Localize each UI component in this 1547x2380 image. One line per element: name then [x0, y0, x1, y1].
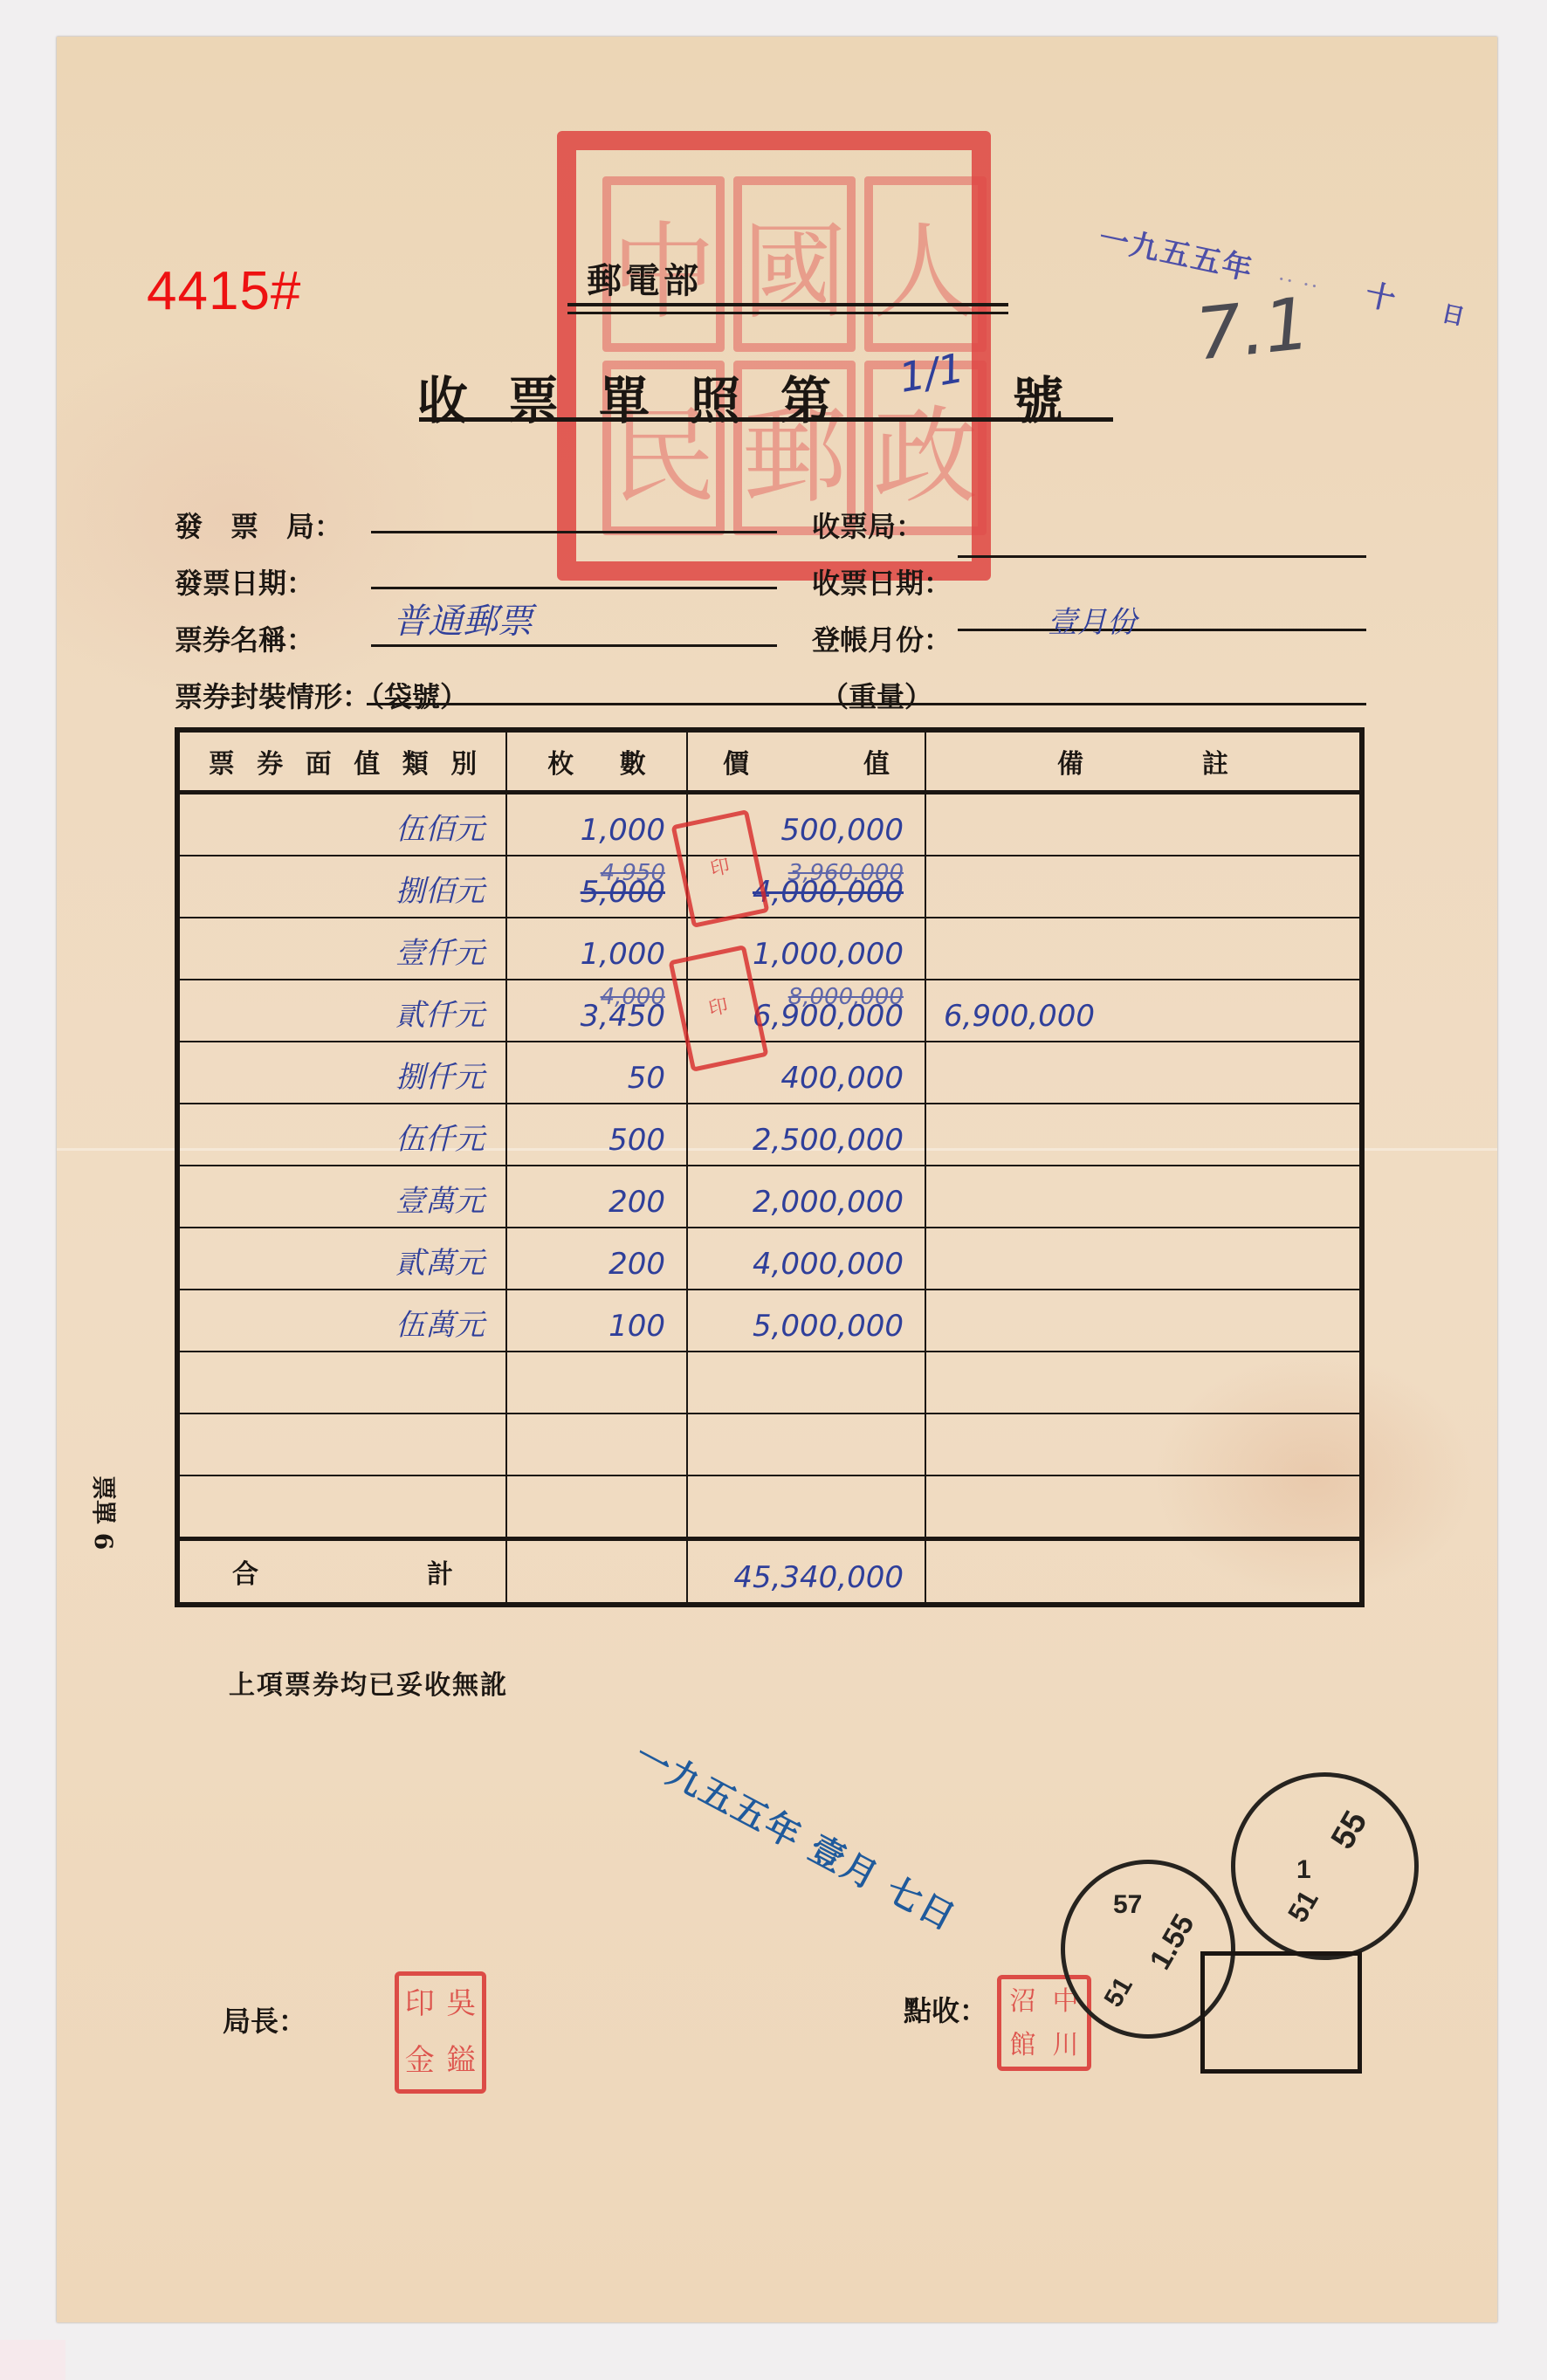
- cell-remarks: [925, 1228, 1360, 1290]
- table-row: 伍萬元1005,000,000: [179, 1290, 1360, 1352]
- cell-denomination: 伍萬元: [179, 1290, 506, 1352]
- handwritten-value: 50: [628, 1061, 665, 1096]
- cell-count: 4,0003,450: [506, 980, 687, 1042]
- header-value: 價值: [687, 732, 925, 793]
- cell-denomination: [179, 1475, 506, 1539]
- cell-count: [506, 1414, 687, 1475]
- handwritten-value: 壹仟元: [395, 929, 485, 972]
- issue-date-label: 發票日期：: [175, 561, 314, 602]
- cell-denomination: [179, 1414, 506, 1475]
- table-row: [179, 1475, 1360, 1539]
- table-row: 捌佰元4,9505,0003,960,0004,000,000: [179, 856, 1360, 918]
- table-row: 壹仟元1,0001,000,000: [179, 918, 1360, 980]
- cell-count: 4,9505,000: [506, 856, 687, 918]
- table-total-row: 合計 45,340,000: [179, 1539, 1360, 1604]
- posting-month-label: 登帳月份：: [812, 618, 952, 658]
- cell-denomination: 壹萬元: [179, 1166, 506, 1228]
- table-row: [179, 1352, 1360, 1414]
- cell-remarks: [925, 1290, 1360, 1352]
- ticket-table: 票券面值類別 枚數 價值 備註 伍佰元1,000500,000捌佰元4,9505…: [175, 727, 1365, 1607]
- cell-count: 500: [506, 1104, 687, 1166]
- cell-remarks: [925, 793, 1360, 856]
- cell-denomination: 壹仟元: [179, 918, 506, 980]
- cell-denomination: 捌仟元: [179, 1042, 506, 1104]
- handwritten-value: 2,500,000: [753, 1123, 904, 1158]
- ticket-name-value: 普通郵票: [393, 594, 533, 643]
- confirmation-text: 上項票券均已妥收無訛: [229, 1663, 508, 1702]
- handwritten-value: 5,000,000: [753, 1309, 904, 1344]
- reference-number: 4415#: [147, 260, 301, 322]
- handwritten-value: 1,000,000: [753, 937, 904, 972]
- cell-value: 5,000,000: [687, 1290, 925, 1352]
- seal-char: 人: [864, 176, 987, 352]
- cell-count: [506, 1475, 687, 1539]
- receipt-date-field[interactable]: [958, 629, 1366, 631]
- handwritten-value: 500: [608, 1123, 665, 1158]
- seal-char: 國: [733, 176, 856, 352]
- total-remarks: [925, 1539, 1360, 1604]
- issuing-office-label: 發 票 局：: [175, 505, 342, 545]
- cell-remarks: [925, 918, 1360, 980]
- handwritten-value: 捌仟元: [395, 1053, 485, 1096]
- handwritten-value: 3,450: [581, 999, 665, 1034]
- page-title: 收票單照第: [417, 360, 871, 433]
- table-row: 伍仟元5002,500,000: [179, 1104, 1360, 1166]
- header-count: 枚數: [506, 732, 687, 793]
- checker-label: 點收：: [904, 1989, 987, 2029]
- title-underline: [419, 417, 1113, 422]
- handwritten-value: 2,000,000: [753, 1185, 904, 1220]
- handwritten-value: 400,000: [780, 1061, 904, 1096]
- cell-value: [687, 1414, 925, 1475]
- handwritten-value: 貳仟元: [395, 991, 485, 1034]
- background-strip: [0, 2340, 65, 2380]
- table-header-row: 票券面值類別 枚數 價值 備註: [179, 732, 1360, 793]
- handwritten-value: 貳萬元: [395, 1239, 485, 1282]
- ministry-name: 郵電部: [587, 253, 702, 303]
- handwritten-value: 4,000,000: [753, 1247, 904, 1282]
- total-label: 合計: [179, 1539, 506, 1604]
- handwritten-value: 伍佰元: [395, 805, 485, 848]
- cell-denomination: [179, 1352, 506, 1414]
- ticket-name-field[interactable]: [371, 644, 777, 647]
- cell-remarks: [925, 1414, 1360, 1475]
- cell-remarks: [925, 1042, 1360, 1104]
- receipt-date-label: 收票日期：: [812, 561, 952, 602]
- cell-denomination: 伍仟元: [179, 1104, 506, 1166]
- cell-value: 4,000,000: [687, 1228, 925, 1290]
- ministry-underline-2: [567, 312, 1008, 314]
- ministry-underline: [567, 303, 1008, 306]
- handwritten-value: 500,000: [780, 813, 904, 848]
- handwritten-value: 100: [608, 1309, 665, 1344]
- issuing-office-field[interactable]: [371, 531, 777, 533]
- posting-month-value: 壹月份: [1048, 598, 1137, 641]
- form-code-label: 票單 6: [87, 1475, 122, 1550]
- cell-count: 200: [506, 1228, 687, 1290]
- director-seal: 印吳 金鎰: [395, 1971, 486, 2094]
- remarks-value: 6,900,000: [944, 999, 1095, 1034]
- handwritten-value: 200: [608, 1185, 665, 1220]
- director-label: 局長：: [223, 1999, 306, 2040]
- postmark-2: 55 1 51: [1231, 1772, 1419, 1960]
- title-suffix: 號: [1013, 360, 1063, 433]
- handwritten-value: 1,000: [581, 937, 665, 972]
- cell-denomination: 貳仟元: [179, 980, 506, 1042]
- cell-count: 1,000: [506, 918, 687, 980]
- cell-denomination: 伍佰元: [179, 793, 506, 856]
- handwritten-value: 伍萬元: [395, 1301, 485, 1344]
- cell-value: 2,000,000: [687, 1166, 925, 1228]
- handwritten-value: 捌佰元: [395, 867, 485, 910]
- weight-label: （重量）: [821, 675, 932, 715]
- cell-denomination: 貳萬元: [179, 1228, 506, 1290]
- header-denomination: 票券面值類別: [179, 732, 506, 793]
- cell-count: 200: [506, 1166, 687, 1228]
- stamp-day: 十: [1362, 278, 1400, 319]
- handwritten-value: 伍仟元: [395, 1115, 485, 1158]
- table-row: 伍佰元1,000500,000: [179, 793, 1360, 856]
- pencil-note: 7.1: [1192, 282, 1314, 376]
- handwritten-value: 6,900,000: [753, 999, 904, 1034]
- cell-remarks: 6,900,000: [925, 980, 1360, 1042]
- handwritten-value: 200: [608, 1247, 665, 1282]
- cell-remarks: [925, 1352, 1360, 1414]
- total-value: 45,340,000: [687, 1539, 925, 1604]
- cell-denomination: 捌佰元: [179, 856, 506, 918]
- signature-box[interactable]: [1200, 1951, 1362, 2074]
- table-row: 貳仟元4,0003,4508,000,0006,900,0006,900,000: [179, 980, 1360, 1042]
- handwritten-value: 1,000: [581, 813, 665, 848]
- cell-count: 50: [506, 1042, 687, 1104]
- table-row: 壹萬元2002,000,000: [179, 1166, 1360, 1228]
- cell-remarks: [925, 1475, 1360, 1539]
- packaging-label: 票券封裝情形：（袋號）: [175, 675, 468, 715]
- total-count: [506, 1539, 687, 1604]
- receiving-office-label: 收票局：: [812, 505, 924, 545]
- cell-count: 1,000: [506, 793, 687, 856]
- cell-value: [687, 1475, 925, 1539]
- cell-value: 2,500,000: [687, 1104, 925, 1166]
- cell-value: [687, 1352, 925, 1414]
- cell-count: 100: [506, 1290, 687, 1352]
- table-row: 捌仟元50400,000: [179, 1042, 1360, 1104]
- ticket-name-label: 票券名稱：: [175, 618, 314, 658]
- cell-count: [506, 1352, 687, 1414]
- table-row: 貳萬元2004,000,000: [179, 1228, 1360, 1290]
- cell-remarks: [925, 1166, 1360, 1228]
- handwritten-value: 壹萬元: [395, 1177, 485, 1220]
- issue-date-field[interactable]: [371, 587, 777, 589]
- receiving-office-field[interactable]: [958, 555, 1366, 558]
- total-value-text: 45,340,000: [733, 1560, 904, 1595]
- cell-remarks: [925, 856, 1360, 918]
- header-remarks: 備註: [925, 732, 1360, 793]
- cell-remarks: [925, 1104, 1360, 1166]
- table-row: [179, 1414, 1360, 1475]
